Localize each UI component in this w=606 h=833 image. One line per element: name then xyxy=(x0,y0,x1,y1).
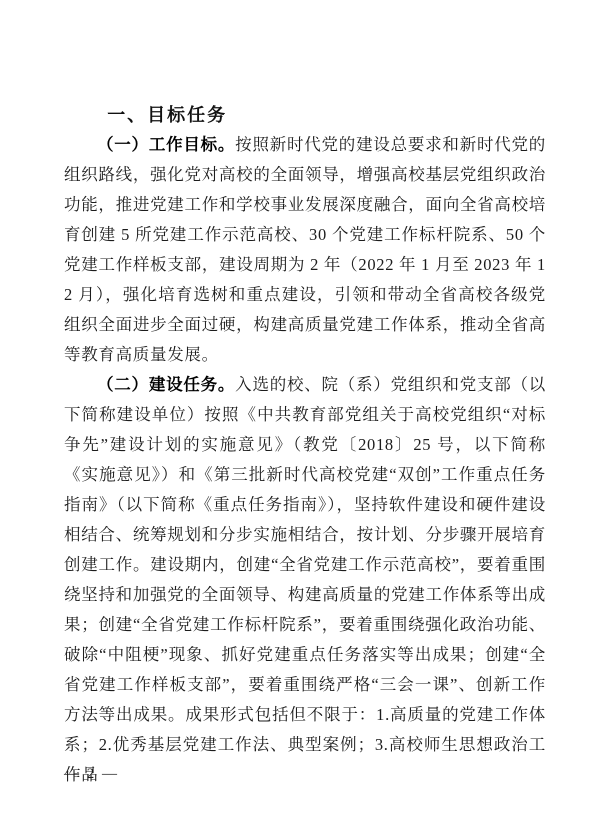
page-number: — 2 — xyxy=(64,762,119,786)
paragraph-work-goals: （一）工作目标。按照新时代党的建设总要求和新时代党的组织路线，强化党对高校的全面… xyxy=(64,130,546,370)
document-body: 一、目标任务 （一）工作目标。按照新时代党的建设总要求和新时代党的组织路线，强化… xyxy=(64,100,546,790)
section-heading: 一、目标任务 xyxy=(64,100,546,130)
paragraph-text-construction-tasks: 入选的校、院（系）党组织和党支部（以下简称建设单位）按照《中共教育部党组关于高校… xyxy=(64,375,546,784)
paragraph-lead-construction-tasks: （二）建设任务。 xyxy=(97,375,235,394)
paragraph-text-work-goals: 按照新时代党的建设总要求和新时代党的组织路线，强化党对高校的全面领导，增强高校基… xyxy=(64,135,546,364)
paragraph-construction-tasks: （二）建设任务。入选的校、院（系）党组织和党支部（以下简称建设单位）按照《中共教… xyxy=(64,370,546,790)
paragraph-lead-work-goals: （一）工作目标。 xyxy=(97,135,235,154)
document-page: 一、目标任务 （一）工作目标。按照新时代党的建设总要求和新时代党的组织路线，强化… xyxy=(0,0,606,833)
